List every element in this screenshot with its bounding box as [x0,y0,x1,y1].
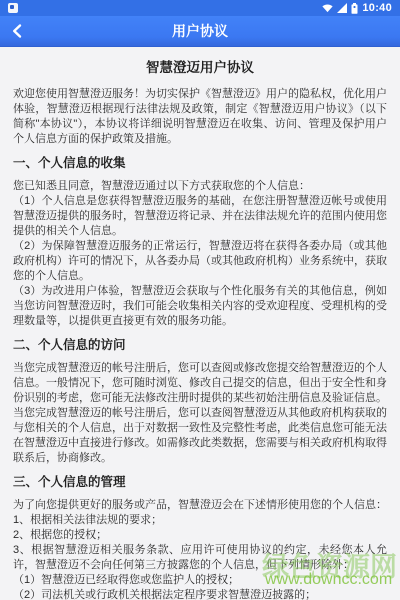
paragraph: 为了向您提供更好的服务或产品，智慧澄迈会在下述情形使用您的个人信息： [13,498,387,513]
paragraph: （2）为保障智慧澄迈服务的正常运行，智慧澄迈将在获得各委办局（或其他政府机构）许… [13,239,387,284]
section-heading-collection: 一、个人信息的收集 [13,156,387,171]
screen: 10:40 用户协议 智慧澄迈用户协议 欢迎您使用智慧澄迈服务！为切实保护《智慧… [0,0,400,600]
cellular-signal-icon [337,3,347,13]
paragraph: 当您完成智慧澄迈的帐号注册后，您可以查阅智慧澄迈从其他政府机构获取的与您相关的个… [13,406,387,466]
paragraph: 当您完成智慧澄迈的帐号注册后，您可以查阅或修改您提交给智慧澄迈的个人信息。一般情… [13,361,387,406]
section-heading-management: 三、个人信息的管理 [13,475,387,490]
paragraph: （2）司法机关或行政机关根据法定程序要求智慧澄迈披露的； [13,588,387,600]
back-chevron-icon [11,23,23,39]
paragraph: （1）智慧澄迈已经取得您或您监护人的授权； [13,573,387,588]
paragraph: 您已知悉且同意，智慧澄迈通过以下方式获取您的个人信息： [13,179,387,194]
battery-icon [351,3,358,14]
status-bar-right: 10:40 [322,2,392,14]
page-title: 用户协议 [0,21,400,41]
paragraph: （3）为改进用户体验，智慧澄迈会获取与个性化服务有关的其他信息，例如当您访问智慧… [13,284,387,329]
back-button[interactable] [0,16,34,47]
paragraph: 2、根据您的授权； [13,528,387,543]
agreement-scroll-area[interactable]: 智慧澄迈用户协议 欢迎您使用智慧澄迈服务！为切实保护《智慧澄迈》用户的隐私权，优… [0,47,400,600]
status-bar: 10:40 [0,0,400,16]
status-bar-left [8,3,18,13]
screenshot-notification-icon [8,3,18,13]
app-bar: 用户协议 [0,16,400,47]
document-title: 智慧澄迈用户协议 [13,60,387,75]
intro-paragraph: 欢迎您使用智慧澄迈服务！为切实保护《智慧澄迈》用户的隐私权，优化用户体验，智慧澄… [13,87,387,147]
paragraph: （1）个人信息是您获得智慧澄迈服务的基础，在您注册智慧澄迈帐号或使用智慧澄迈提供… [13,194,387,239]
wifi-icon [322,3,333,13]
status-time: 10:40 [362,2,392,14]
paragraph: 3、根据智慧澄迈相关服务条款、应用许可使用协议的约定，未经您本人允许，智慧澄迈不… [13,543,387,573]
section-heading-access: 二、个人信息的访问 [13,338,387,353]
paragraph: 1、根据相关法律法规的要求； [13,513,387,528]
